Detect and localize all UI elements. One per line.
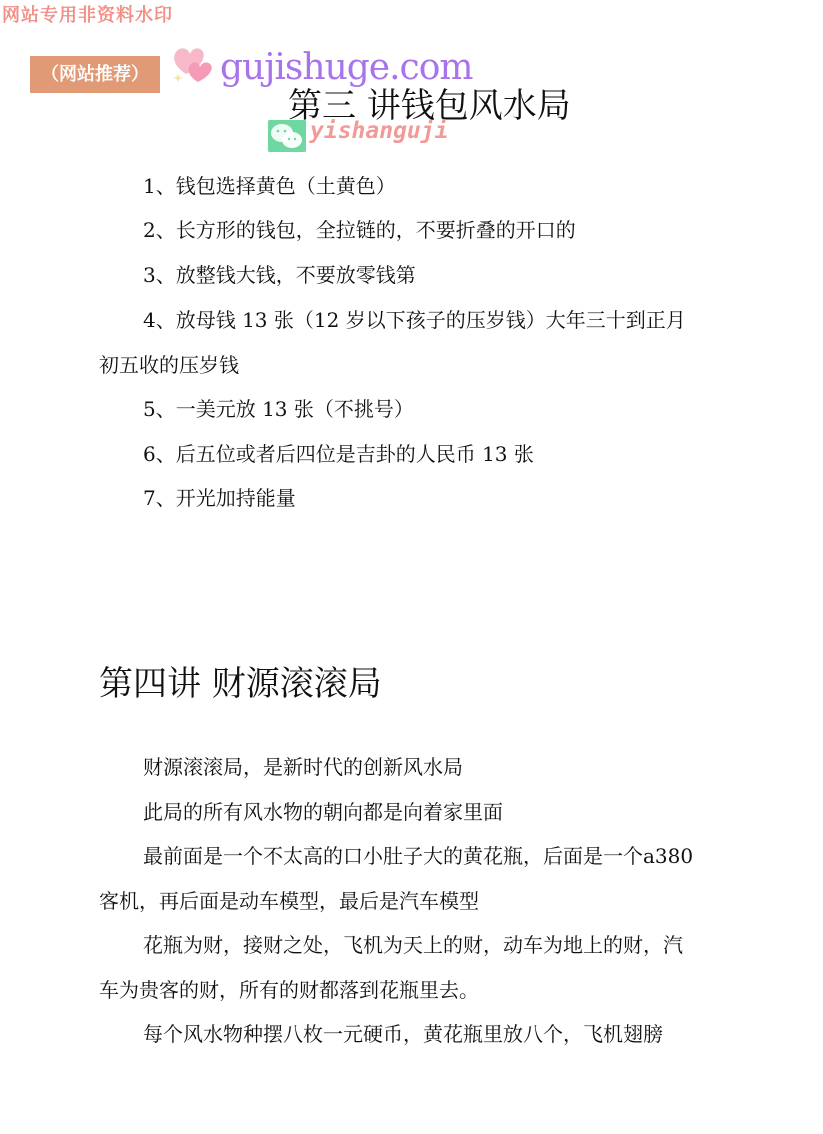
list-item: 4、放母钱 13 张（12 岁以下孩子的压岁钱）大年三十到正月初五收的压岁钱 <box>99 298 699 387</box>
list-item: 2、长方形的钱包，全拉链的，不要折叠的开口的 <box>99 208 699 253</box>
paragraph: 此局的所有风水物的朝向都是向着家里面 <box>99 790 699 835</box>
wechat-icon <box>268 120 306 152</box>
paragraph: 财源滚滚局，是新时代的创新风水局 <box>99 745 699 790</box>
watermark-wechat-name: yishanguji <box>310 118 448 144</box>
list-item: 6、后五位或者后四位是吉卦的人民币 13 张 <box>99 432 699 477</box>
list-item: 1、钱包选择黄色（土黄色） <box>99 164 699 209</box>
section4-title: 第四讲 财源滚滚局 <box>99 656 382 705</box>
watermark-recommend-badge: （网站推荐） <box>30 56 160 93</box>
hearts-icon <box>172 44 218 84</box>
paragraph: 最前面是一个不太高的口小肚子大的黄花瓶，后面是一个a380 客机，再后面是动车模… <box>99 834 699 923</box>
paragraph: 每个风水物种摆八枚一元硬币，黄花瓶里放八个，飞机翅膀 <box>99 1012 699 1057</box>
watermark-top-text: 网站专用非资料水印 <box>2 1 173 27</box>
list-item: 7、开光加持能量 <box>99 476 699 521</box>
paragraph: 花瓶为财，接财之处，飞机为天上的财，动车为地上的财，汽车为贵客的财，所有的财都落… <box>99 923 699 1012</box>
list-item: 5、一美元放 13 张（不挑号） <box>99 387 699 432</box>
list-item: 3、放整钱大钱，不要放零钱第 <box>99 253 699 298</box>
